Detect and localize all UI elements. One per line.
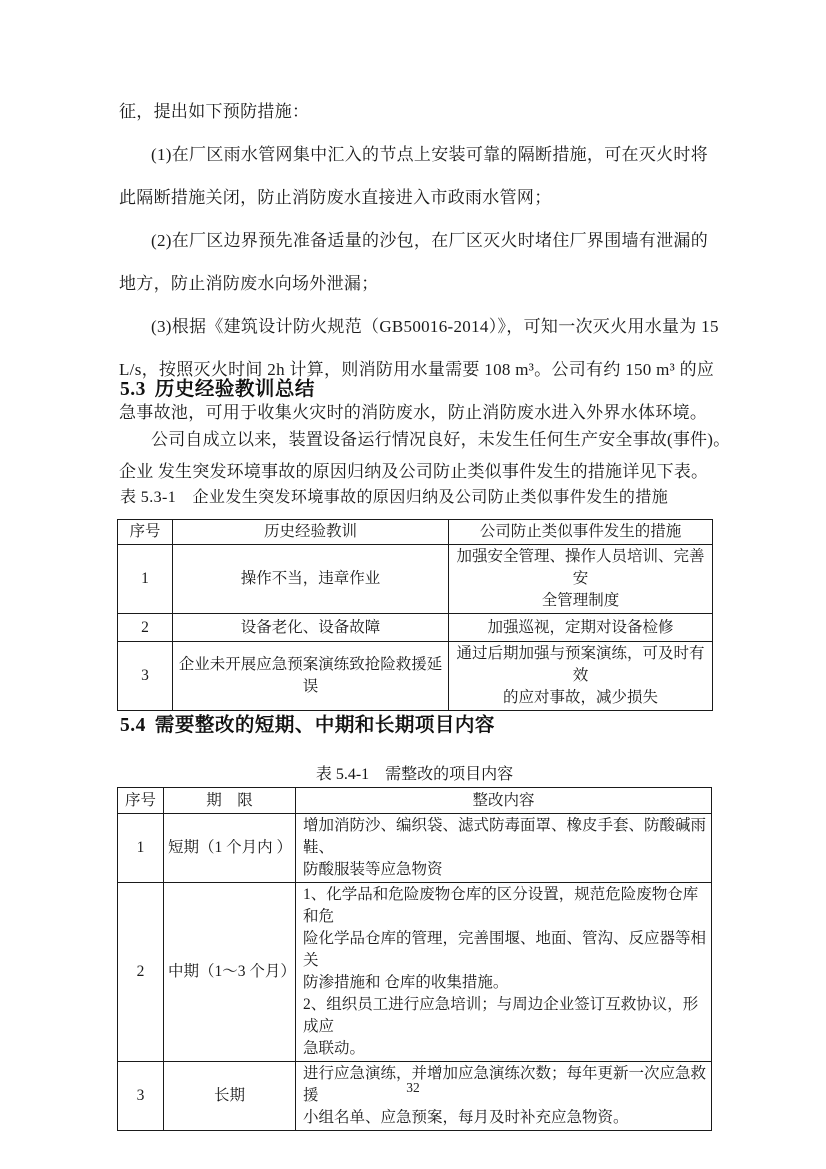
table-row: 3长期进行应急演练，并增加应急演练次数；每年更新一次应急救援小组名单、应急预案，… (118, 1062, 712, 1131)
table-cell: 3 (118, 1062, 164, 1131)
body-text-line: (2)在厂区边界预先准备适量的沙包，在厂区灭火时堵住厂界围墙有泄漏的 (119, 219, 719, 262)
cell-line: 的应对事故，减少损失 (453, 687, 708, 709)
table-header-cell: 序号 (118, 520, 173, 545)
table-cell: 2 (118, 883, 164, 1062)
table-row: 2中期（1～3 个月）1、化学品和危险废物仓库的区分设置，规范危险废物仓库和危险… (118, 883, 712, 1062)
table-cell: 1 (118, 545, 173, 614)
section-5-4-number: 5.4 (120, 715, 146, 736)
table-cell: 短期（1 个月内 ） (164, 814, 296, 883)
cell-line: 通过后期加强与预案演练，可及时有效 (453, 643, 708, 687)
section-5-3-title: 历史经验教训总结 (155, 378, 315, 400)
cell-line: 误 (177, 676, 444, 698)
table-cell: 操作不当，违章作业 (173, 545, 449, 614)
table-row: 2设备老化、设备故障加强巡视，定期对设备检修 (118, 614, 713, 642)
paragraph-line: 企业 发生突发环境事故的原因归纳及公司防止类似事件发生的措施详见下表。 (119, 456, 719, 488)
section-heading-5-3: 5.3历史经验教训总结 (120, 376, 315, 403)
table-cell: 1 (118, 814, 164, 883)
table-header-cell: 整改内容 (296, 788, 712, 814)
cell-line: 急联动。 (303, 1038, 706, 1060)
body-text-line: (1)在厂区雨水管网集中汇入的节点上安装可靠的隔断措施，可在灭火时将 (119, 133, 719, 176)
section-5-3-paragraph: 公司自成立以来，装置设备运行情况良好，未发生任何生产安全事故(事件)。 企业 发… (119, 424, 719, 488)
table-header-cell: 公司防止类似事件发生的措施 (449, 520, 713, 545)
table-cell: 增加消防沙、编织袋、滤式防毒面罩、橡皮手套、防酸碱雨鞋、防酸服装等应急物资 (296, 814, 712, 883)
table-row: 1操作不当，违章作业加强安全管理、操作人员培训、完善安全管理制度 (118, 545, 713, 614)
section-5-3-number: 5.3 (120, 379, 146, 400)
document-page: 征，提出如下预防措施：(1)在厂区雨水管网集中汇入的节点上安装可靠的隔断措施，可… (0, 0, 826, 1169)
cell-line: 防酸服装等应急物资 (303, 859, 706, 881)
table-header-cell: 期 限 (164, 788, 296, 814)
table-cell: 中期（1～3 个月） (164, 883, 296, 1062)
table-cell: 通过后期加强与预案演练，可及时有效的应对事故，减少损失 (449, 642, 713, 711)
table-header-row: 序号历史经验教训公司防止类似事件发生的措施 (118, 520, 713, 545)
table-header-cell: 序号 (118, 788, 164, 814)
cell-line: 小组名单、应急预案，每月及时补充应急物资。 (303, 1107, 706, 1129)
table-cell: 1、化学品和危险废物仓库的区分设置，规范危险废物仓库和危险化学品仓库的管理，完善… (296, 883, 712, 1062)
table-cell: 企业未开展应急预案演练致抢险救援延误 (173, 642, 449, 711)
section-5-4-title: 需要整改的短期、中期和长期项目内容 (155, 714, 495, 736)
body-text-line: 此隔断措施关闭，防止消防废水直接进入市政雨水管网； (119, 176, 719, 219)
section-heading-5-4: 5.4需要整改的短期、中期和长期项目内容 (120, 712, 495, 739)
table-5-3-1-caption: 表 5.3-1 企业发生突发环境事故的原因归纳及公司防止类似事件发生的措施 (120, 487, 668, 509)
cell-line: 企业未开展应急预案演练致抢险救援延 (177, 654, 444, 676)
cell-line: 防渗措施和 仓库的收集措施。 (303, 972, 706, 994)
table-row: 3企业未开展应急预案演练致抢险救援延误通过后期加强与预案演练，可及时有效的应对事… (118, 642, 713, 711)
table-cell: 2 (118, 614, 173, 642)
cell-line: 全管理制度 (453, 590, 708, 612)
table-cell: 加强安全管理、操作人员培训、完善安全管理制度 (449, 545, 713, 614)
body-text-line: (3)根据《建筑设计防火规范（GB50016-2014）》，可知一次灭火用水量为… (119, 305, 719, 348)
cell-line: 增加消防沙、编织袋、滤式防毒面罩、橡皮手套、防酸碱雨鞋、 (303, 815, 706, 859)
table-header-cell: 历史经验教训 (173, 520, 449, 545)
cell-line: 加强安全管理、操作人员培训、完善安 (453, 546, 708, 590)
table-cell: 长期 (164, 1062, 296, 1131)
table-cell: 3 (118, 642, 173, 711)
table-cell: 加强巡视，定期对设备检修 (449, 614, 713, 642)
table-header-row: 序号期 限整改内容 (118, 788, 712, 814)
body-text-line: 地方，防止消防废水向场外泄漏； (119, 262, 719, 305)
page-number: 32 (0, 1080, 826, 1096)
cell-line: 1、化学品和危险废物仓库的区分设置，规范危险废物仓库和危 (303, 884, 706, 928)
table-cell: 进行应急演练，并增加应急演练次数；每年更新一次应急救援小组名单、应急预案，每月及… (296, 1062, 712, 1131)
table-row: 1短期（1 个月内 ）增加消防沙、编织袋、滤式防毒面罩、橡皮手套、防酸碱雨鞋、防… (118, 814, 712, 883)
table-cell: 设备老化、设备故障 (173, 614, 449, 642)
table-5-3-1: 序号历史经验教训公司防止类似事件发生的措施1操作不当，违章作业加强安全管理、操作… (117, 519, 713, 711)
cell-line: 险化学品仓库的管理，完善围堰、地面、管沟、反应器等相关 (303, 928, 706, 972)
body-text-line: 征，提出如下预防措施： (119, 90, 719, 133)
paragraph-line: 公司自成立以来，装置设备运行情况良好，未发生任何生产安全事故(事件)。 (119, 424, 719, 456)
cell-line: 2、组织员工进行应急培训；与周边企业签订互救协议，形成应 (303, 994, 706, 1038)
table-5-4-1-caption: 表 5.4-1 需整改的项目内容 (117, 764, 712, 786)
